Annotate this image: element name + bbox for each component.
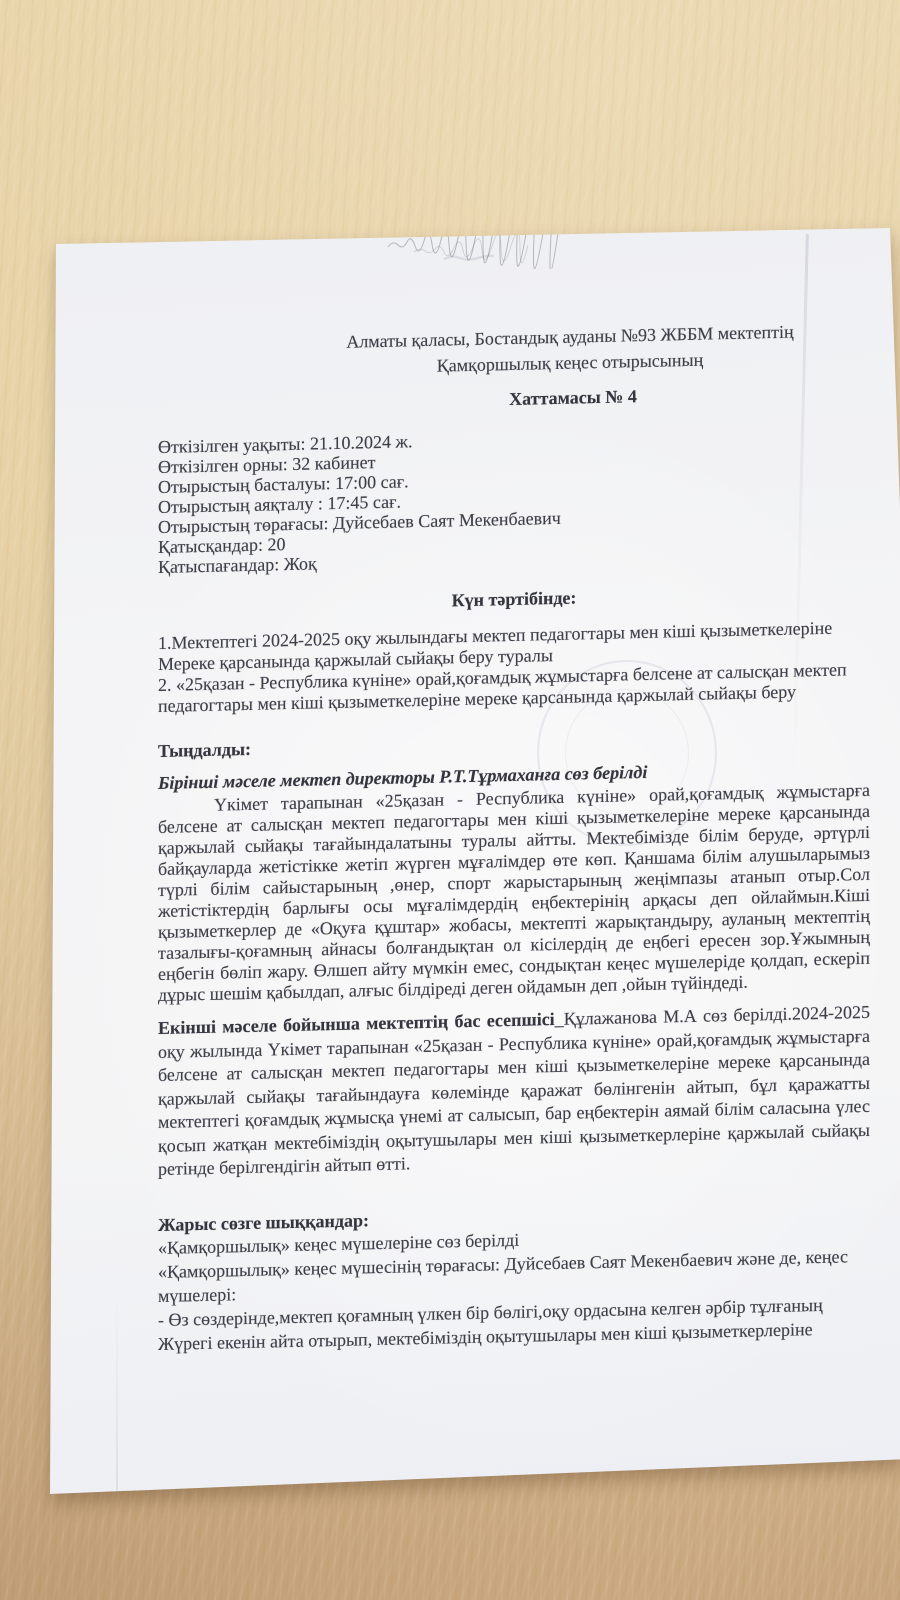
debate-block: «Қамқоршылық» кеңес мүшелеріне сөз беріл… — [158, 1219, 870, 1355]
heard-heading: Тыңдалды: — [158, 725, 870, 762]
agenda-heading: Күн тәртібінде: — [158, 581, 870, 618]
pencil-scribble — [384, 229, 584, 269]
issue1-paragraph: Үкімет тарапынан «25қазан - Республика к… — [158, 780, 870, 1006]
meeting-meta-block: Өткізілген уақыты: 21.10.2024 ж. Өткізіл… — [158, 421, 870, 577]
issue2-paragraph: Екінші мәселе бойынша мектептің бас есеп… — [158, 1001, 870, 1182]
photo-scene: Алматы қаласы, Бостандық ауданы №93 ЖББМ… — [0, 0, 900, 1600]
agenda-list: 1.Мектептегі 2024-2025 оқу жылындағы мек… — [158, 617, 870, 717]
paper-sheet: Алматы қаласы, Бостандық ауданы №93 ЖББМ… — [0, 0, 900, 1600]
document-header: Алматы қаласы, Бостандық ауданы №93 ЖББМ… — [158, 317, 870, 385]
protocol-title: Хаттамасы № 4 — [158, 381, 870, 418]
paper-sheet-wrapper: Алматы қаласы, Бостандық ауданы №93 ЖББМ… — [0, 0, 900, 1600]
protocol-document: Алматы қаласы, Бостандық ауданы №93 ЖББМ… — [158, 317, 870, 1356]
paper-crease-bottom-left — [116, 1295, 118, 1491]
